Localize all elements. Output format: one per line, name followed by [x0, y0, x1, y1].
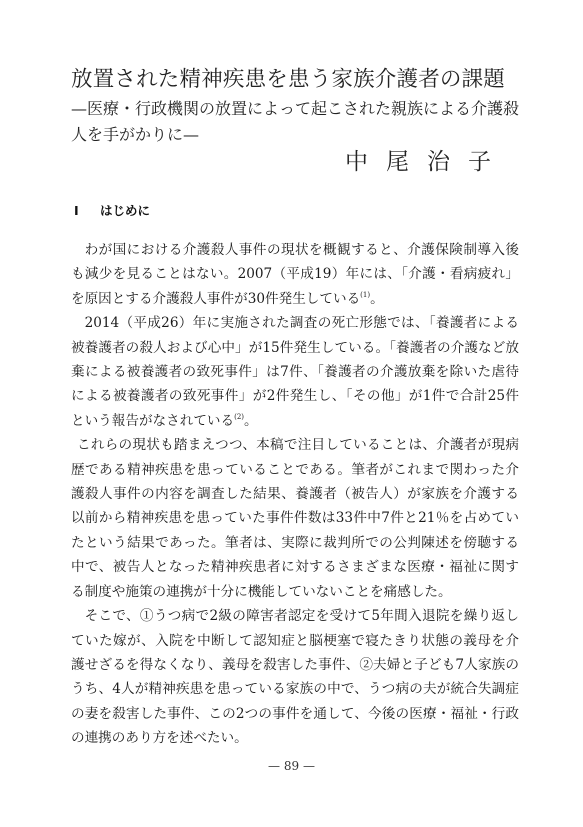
section-number: Ⅰ: [74, 203, 100, 218]
page-number: — 89 —: [0, 759, 583, 773]
paragraph-3: これらの現状も踏まえつつ、本稿で注目していることは、介護者が現病歴である精神疾患…: [71, 433, 519, 604]
paragraph-2: 2014（平成26）年に実施された調査の死亡形態では、「養護者による被養護者の殺…: [71, 311, 519, 433]
author-name: 中尾治子: [345, 143, 509, 176]
footnote-ref-2[interactable]: (2): [234, 413, 244, 421]
section-title: はじめに: [100, 203, 150, 218]
document-page: 放置された精神疾患を患う家族介護者の課題 —医療・行政機関の放置によって起こされ…: [0, 0, 583, 827]
body-text: わが国における介護殺人事件の現状を概観すると、介護保険制導入後も減少を見ることは…: [71, 238, 519, 751]
paragraph-text: 2014（平成26）年に実施された調査の死亡形態では、「養護者による被養護者の殺…: [71, 315, 519, 429]
paragraph-1: わが国における介護殺人事件の現状を概観すると、介護保険制導入後も減少を見ることは…: [71, 238, 519, 311]
paragraph-4: そこで、①うつ病で2級の障害者認定を受けて5年間入退院を繰り返していた嫁が、入院…: [71, 604, 519, 750]
paragraph-tail: 。: [244, 413, 258, 429]
paper-title: 放置された精神疾患を患う家族介護者の課題: [71, 62, 505, 93]
paragraph-text: わが国における介護殺人事件の現状を概観すると、介護保険制導入後も減少を見ることは…: [71, 242, 519, 307]
footnote-ref-1[interactable]: (1): [360, 291, 370, 299]
section-heading: Ⅰはじめに: [74, 201, 150, 219]
paragraph-tail: 。: [370, 291, 384, 307]
paper-subtitle: —医療・行政機関の放置によって起こされた親族による介護殺人を手がかりに—: [71, 96, 521, 148]
